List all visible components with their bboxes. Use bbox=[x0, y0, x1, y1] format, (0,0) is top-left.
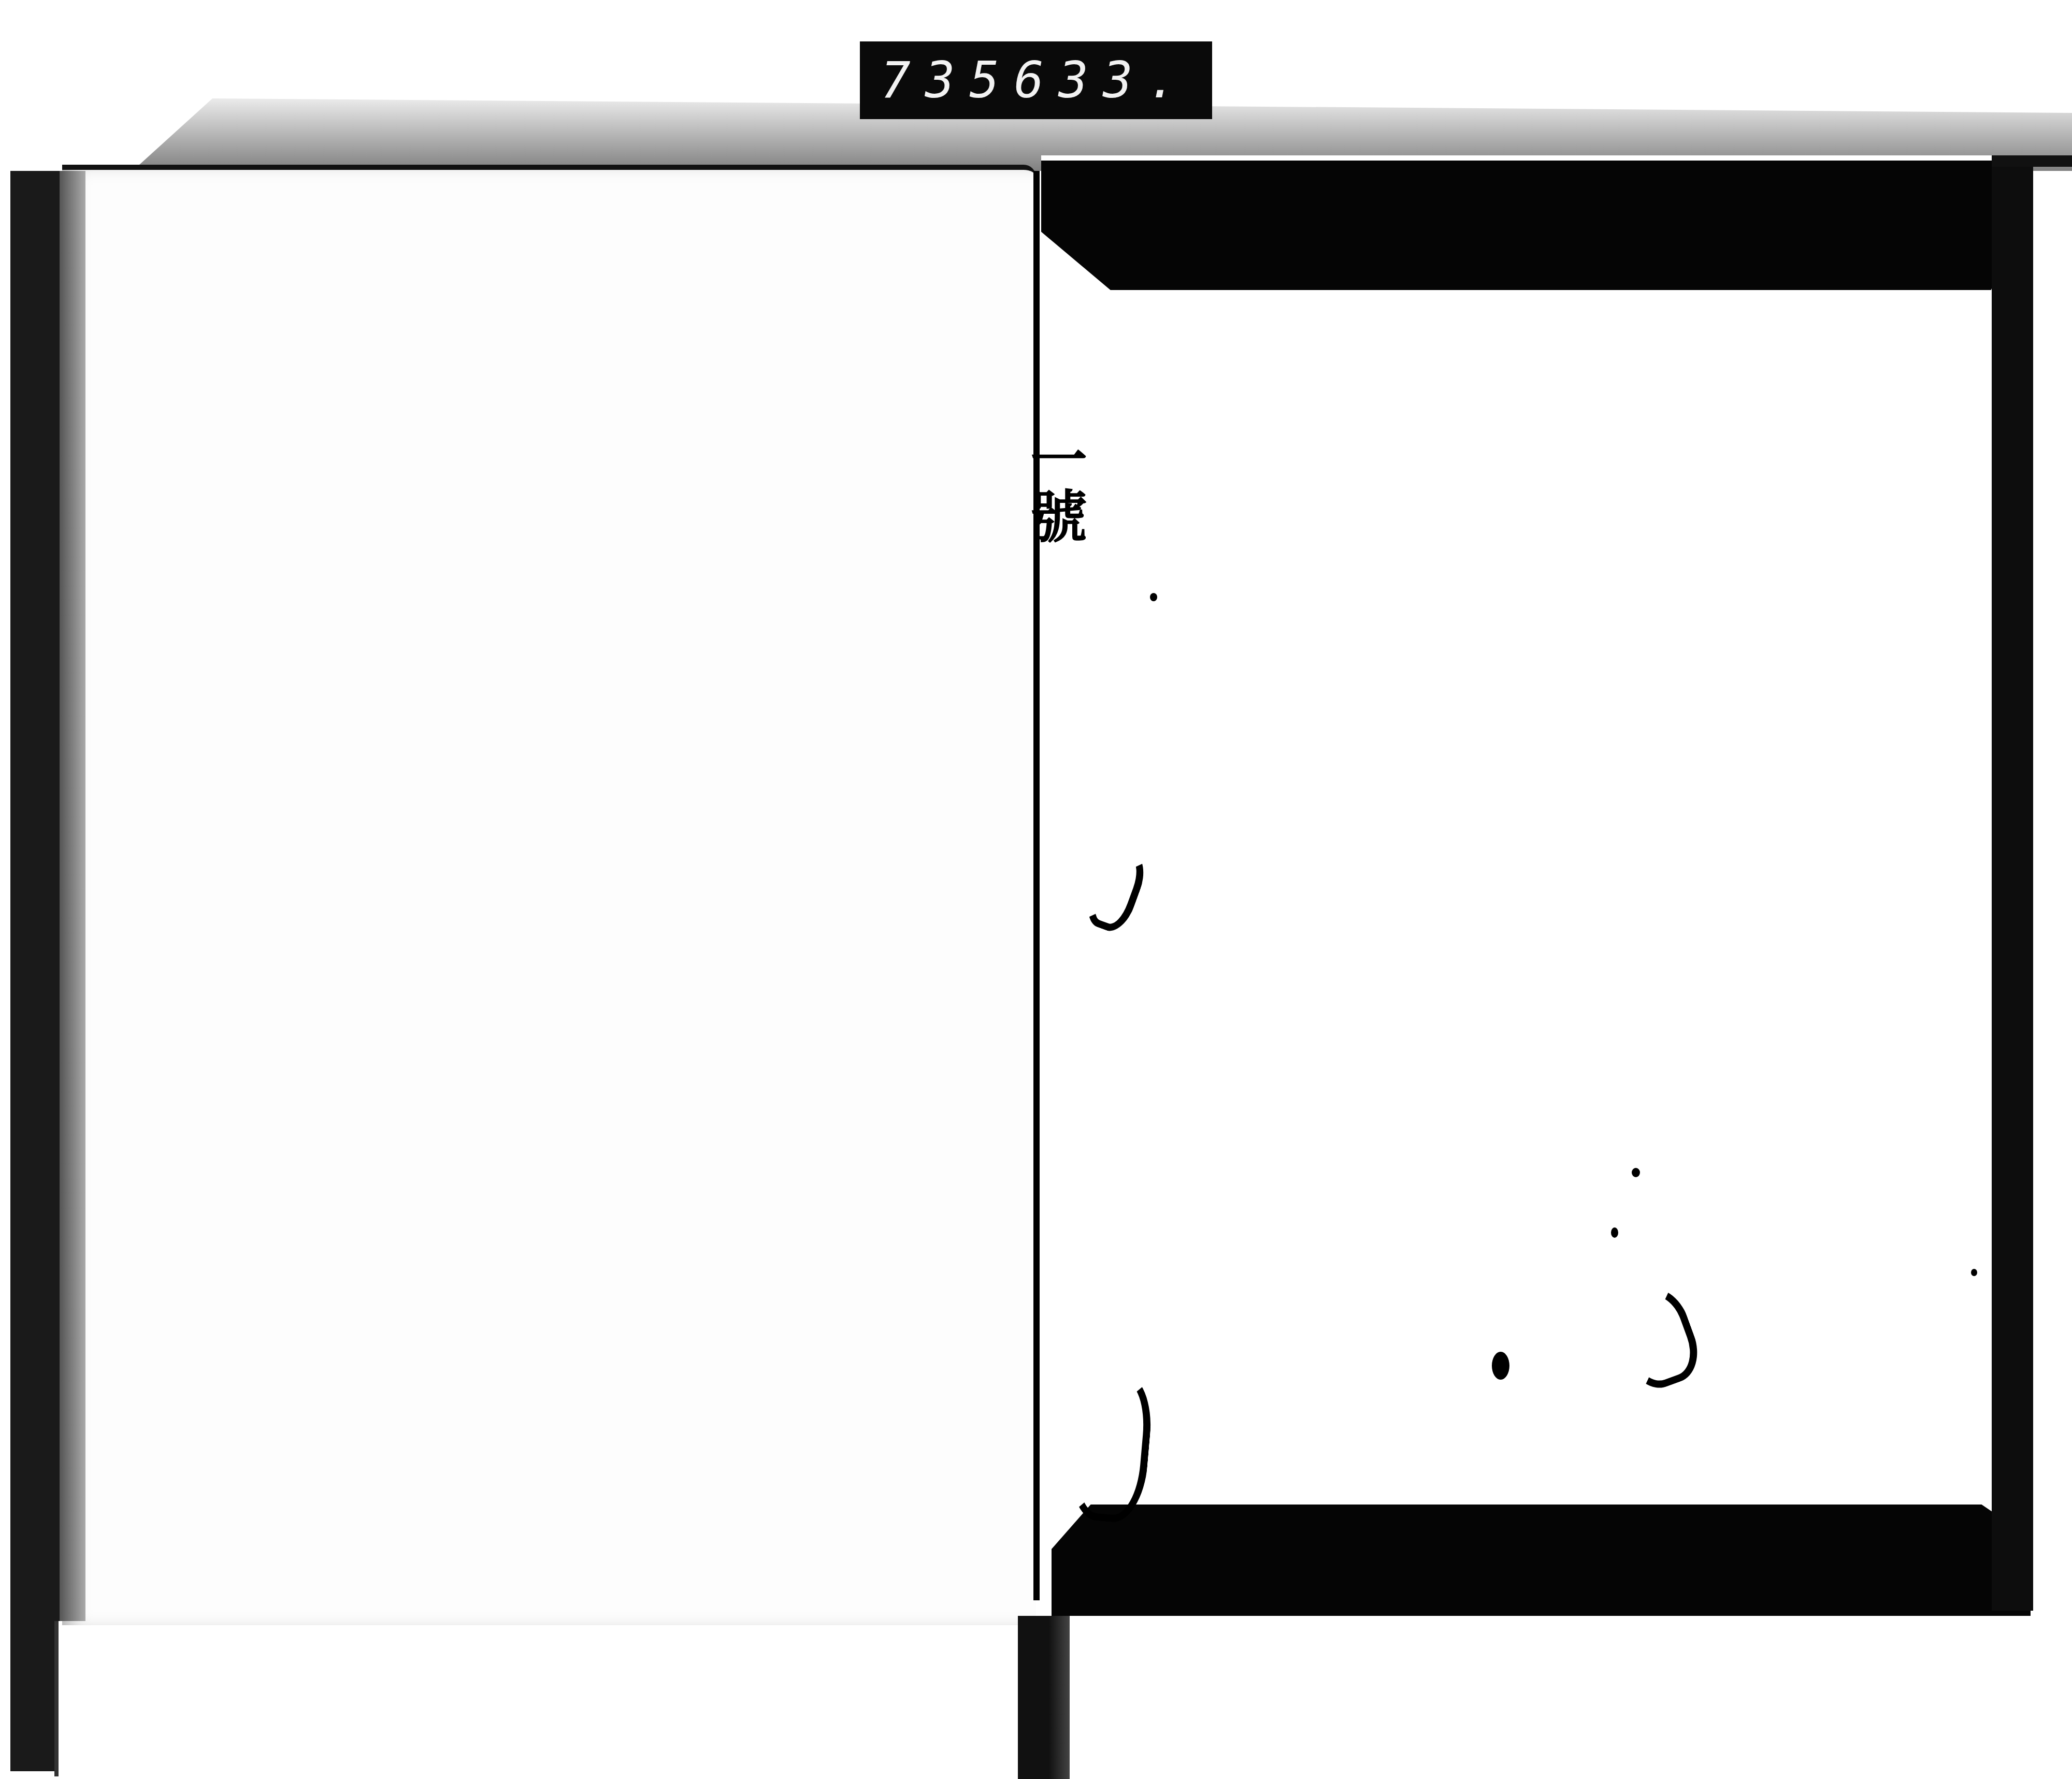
ink-spot bbox=[1611, 1227, 1618, 1238]
ink-spot bbox=[1150, 593, 1157, 601]
ink-spot bbox=[1632, 1168, 1640, 1177]
frame-counter-left: 735 bbox=[881, 51, 1014, 109]
left-cover-shadow bbox=[60, 171, 85, 1621]
right-top-band bbox=[1041, 161, 2031, 290]
book-spine-lower bbox=[1018, 1616, 1070, 1779]
left-under-page bbox=[54, 1621, 1027, 1776]
ink-spot bbox=[1971, 1269, 1977, 1276]
book-spine bbox=[1033, 171, 1040, 1600]
scanned-book-spread: 735 633. 一號 bbox=[0, 0, 2072, 1779]
frame-counter-right: 633. bbox=[1014, 51, 1191, 109]
frame-counter: 735 633. bbox=[860, 41, 1212, 119]
spine-handwriting: 一號 bbox=[1002, 430, 1085, 658]
left-page bbox=[62, 165, 1036, 1625]
right-bottom-band bbox=[1052, 1505, 2031, 1616]
ink-spot bbox=[1492, 1352, 1509, 1380]
right-page bbox=[1041, 155, 2015, 1616]
left-cover-edge bbox=[10, 171, 60, 1771]
right-top-rail bbox=[1992, 155, 2072, 167]
right-cover-edge bbox=[1992, 161, 2033, 1611]
